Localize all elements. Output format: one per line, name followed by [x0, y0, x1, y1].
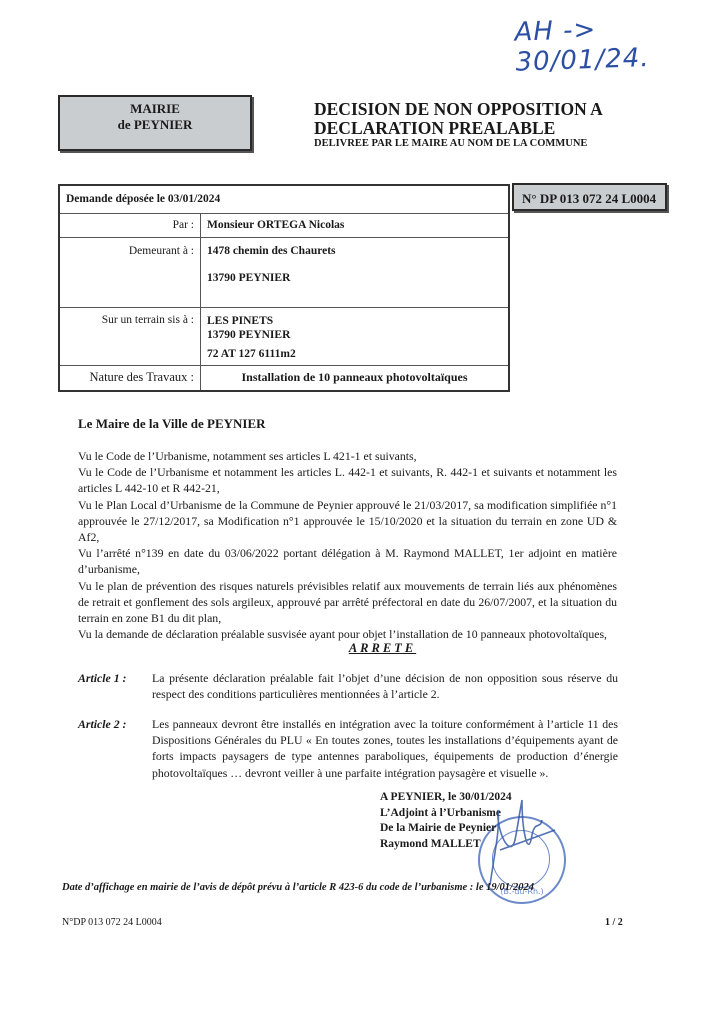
label-demeurant: Demeurant à :: [59, 237, 201, 307]
address-city: 13790 PEYNIER: [207, 272, 502, 284]
consideration: Vu le Code de l’Urbanisme, notamment ses…: [78, 448, 617, 464]
article-label: Article 2 :: [78, 717, 127, 731]
article-2: Article 2 : Les panneaux devront être in…: [78, 716, 618, 781]
label-terrain: Sur un terrain sis à :: [59, 307, 201, 365]
applicant-address: 1478 chemin des Chaurets 13790 PEYNIER: [201, 237, 510, 307]
handwritten-signature: [470, 790, 560, 890]
label-nature: Nature des Travaux :: [59, 365, 201, 391]
land-city: 13790 PEYNIER: [207, 328, 502, 342]
dossier-number: N° DP 013 072 24 L0004: [512, 183, 667, 211]
handwritten-annotation: AH -> 30/01/24.: [514, 10, 725, 77]
considerations: Vu le Code de l’Urbanisme, notamment ses…: [78, 448, 617, 642]
issuer-line2: de PEYNIER: [60, 117, 250, 133]
document-subtitle: DELIVREE PAR LE MAIRE AU NOM DE LA COMMU…: [314, 138, 587, 149]
land-place: LES PINETS: [207, 314, 502, 328]
consideration: Vu la demande de déclaration préalable s…: [78, 626, 617, 642]
page-number: 1 / 2: [605, 917, 623, 928]
article-label: Article 1 :: [78, 671, 127, 685]
article-text: La présente déclaration préalable fait l…: [152, 670, 618, 702]
applicant-name: Monsieur ORTEGA Nicolas: [201, 213, 510, 237]
request-table: Demande déposée le 03/01/2024 Par : Mons…: [58, 184, 510, 392]
land-parcel: 72 AT 127 6111m2: [207, 347, 502, 361]
label-par: Par :: [59, 213, 201, 237]
title-line1: DECISION DE NON OPPOSITION A: [314, 100, 603, 119]
title-line2: DECLARATION PREALABLE: [314, 119, 603, 138]
consideration: Vu le Plan Local d’Urbanisme de la Commu…: [78, 497, 617, 546]
consideration: Vu le Code de l’Urbanisme et notamment l…: [78, 464, 617, 496]
consideration: Vu le plan de prévention des risques nat…: [78, 578, 617, 627]
address-street: 1478 chemin des Chaurets: [207, 245, 502, 257]
footer-reference: N°DP 013 072 24 L0004: [62, 917, 162, 928]
article-text: Les panneaux devront être installés en i…: [152, 716, 618, 781]
maire-heading: Le Maire de la Ville de PEYNIER: [78, 416, 266, 432]
consideration: Vu l’arrêté n°139 en date du 03/06/2022 …: [78, 545, 617, 577]
arrete-heading: ARRETE: [0, 641, 725, 656]
issuer-line1: MAIRIE: [60, 101, 250, 117]
document-title: DECISION DE NON OPPOSITION A DECLARATION…: [314, 100, 603, 138]
affichage-date: Date d’affichage en mairie de l’avis de …: [62, 882, 534, 893]
land-location: LES PINETS 13790 PEYNIER 72 AT 127 6111m…: [201, 307, 510, 365]
article-1: Article 1 : La présente déclaration préa…: [78, 670, 618, 702]
issuer-box: MAIRIE de PEYNIER: [58, 95, 252, 151]
deposit-date: Demande déposée le 03/01/2024: [59, 185, 509, 213]
works-nature: Installation de 10 panneaux photovoltaïq…: [201, 365, 510, 391]
